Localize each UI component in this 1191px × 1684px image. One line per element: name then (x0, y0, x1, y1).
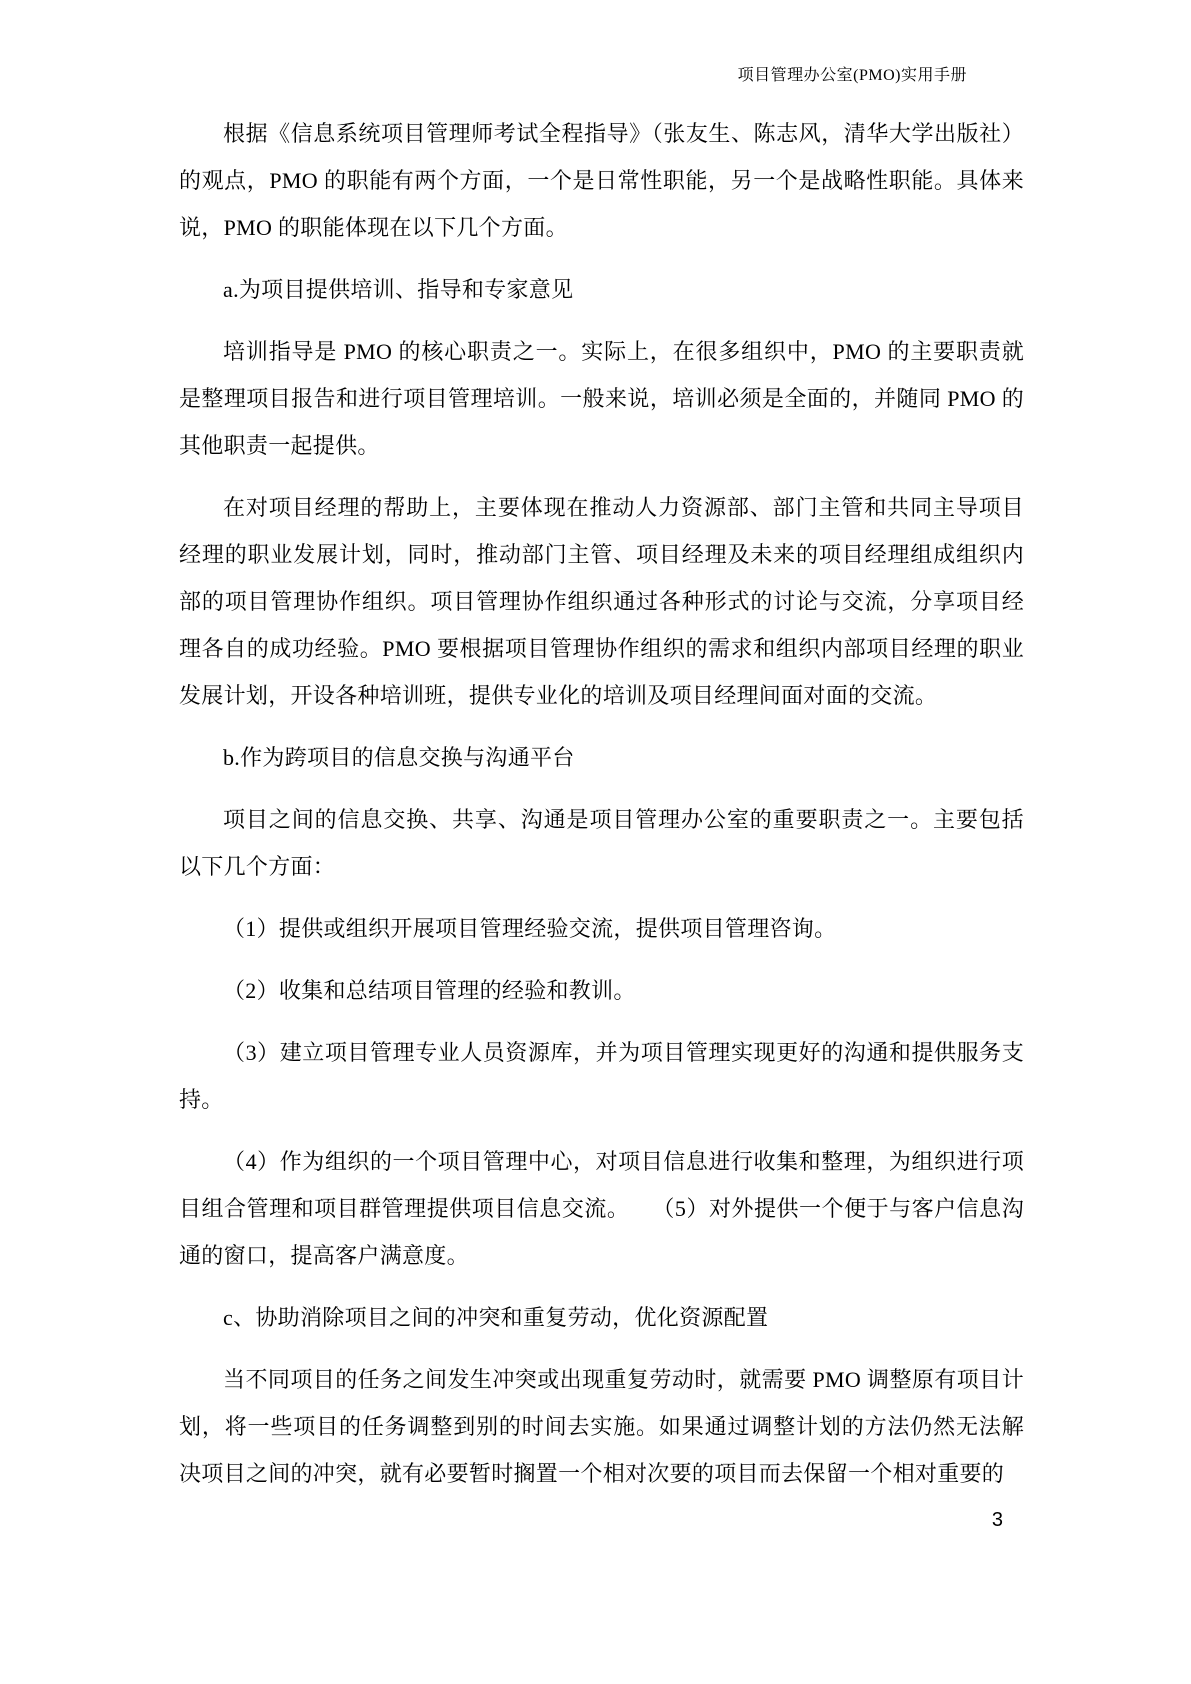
page-sheet: 项目管理办公室(PMO)实用手册 根据《信息系统项目管理师考试全程指导》（张友生… (0, 0, 1191, 1684)
document-page: { "page": { "header_title": "项目管理办公室(PMO… (0, 0, 1191, 1684)
list-item-3: （3）建立项目管理专业人员资源库，并为项目管理实现更好的沟通和提供服务支持。 (179, 1029, 1024, 1123)
para-intro: 根据《信息系统项目管理师考试全程指导》（张友生、陈志风，清华大学出版社）的观点，… (179, 110, 1024, 251)
para-conflict: 当不同项目的任务之间发生冲突或出现重复劳动时，就需要 PMO 调整原有项目计划，… (179, 1356, 1024, 1497)
page-number: 3 (992, 1506, 1003, 1534)
page-header-title: 项目管理办公室(PMO)实用手册 (179, 64, 967, 88)
para-communication-intro: 项目之间的信息交换、共享、沟通是项目管理办公室的重要职责之一。主要包括以下几个方… (179, 796, 1024, 890)
list-item-2: （2）收集和总结项目管理的经验和教训。 (179, 967, 1024, 1014)
list-item-1: （1）提供或组织开展项目管理经验交流，提供项目管理咨询。 (179, 905, 1024, 952)
heading-a: a.为项目提供培训、指导和专家意见 (179, 266, 1024, 313)
para-training-core: 培训指导是 PMO 的核心职责之一。实际上，在很多组织中，PMO 的主要职责就是… (179, 328, 1024, 469)
list-item-4-5: （4）作为组织的一个项目管理中心，对项目信息进行收集和整理，为组织进行项目组合管… (179, 1138, 1024, 1279)
document-body: 根据《信息系统项目管理师考试全程指导》（张友生、陈志风，清华大学出版社）的观点，… (179, 110, 1024, 1512)
heading-c: c、协助消除项目之间的冲突和重复劳动，优化资源配置 (179, 1294, 1024, 1341)
para-training-help: 在对项目经理的帮助上，主要体现在推动人力资源部、部门主管和共同主导项目经理的职业… (179, 484, 1024, 719)
heading-b: b.作为跨项目的信息交换与沟通平台 (179, 734, 1024, 781)
